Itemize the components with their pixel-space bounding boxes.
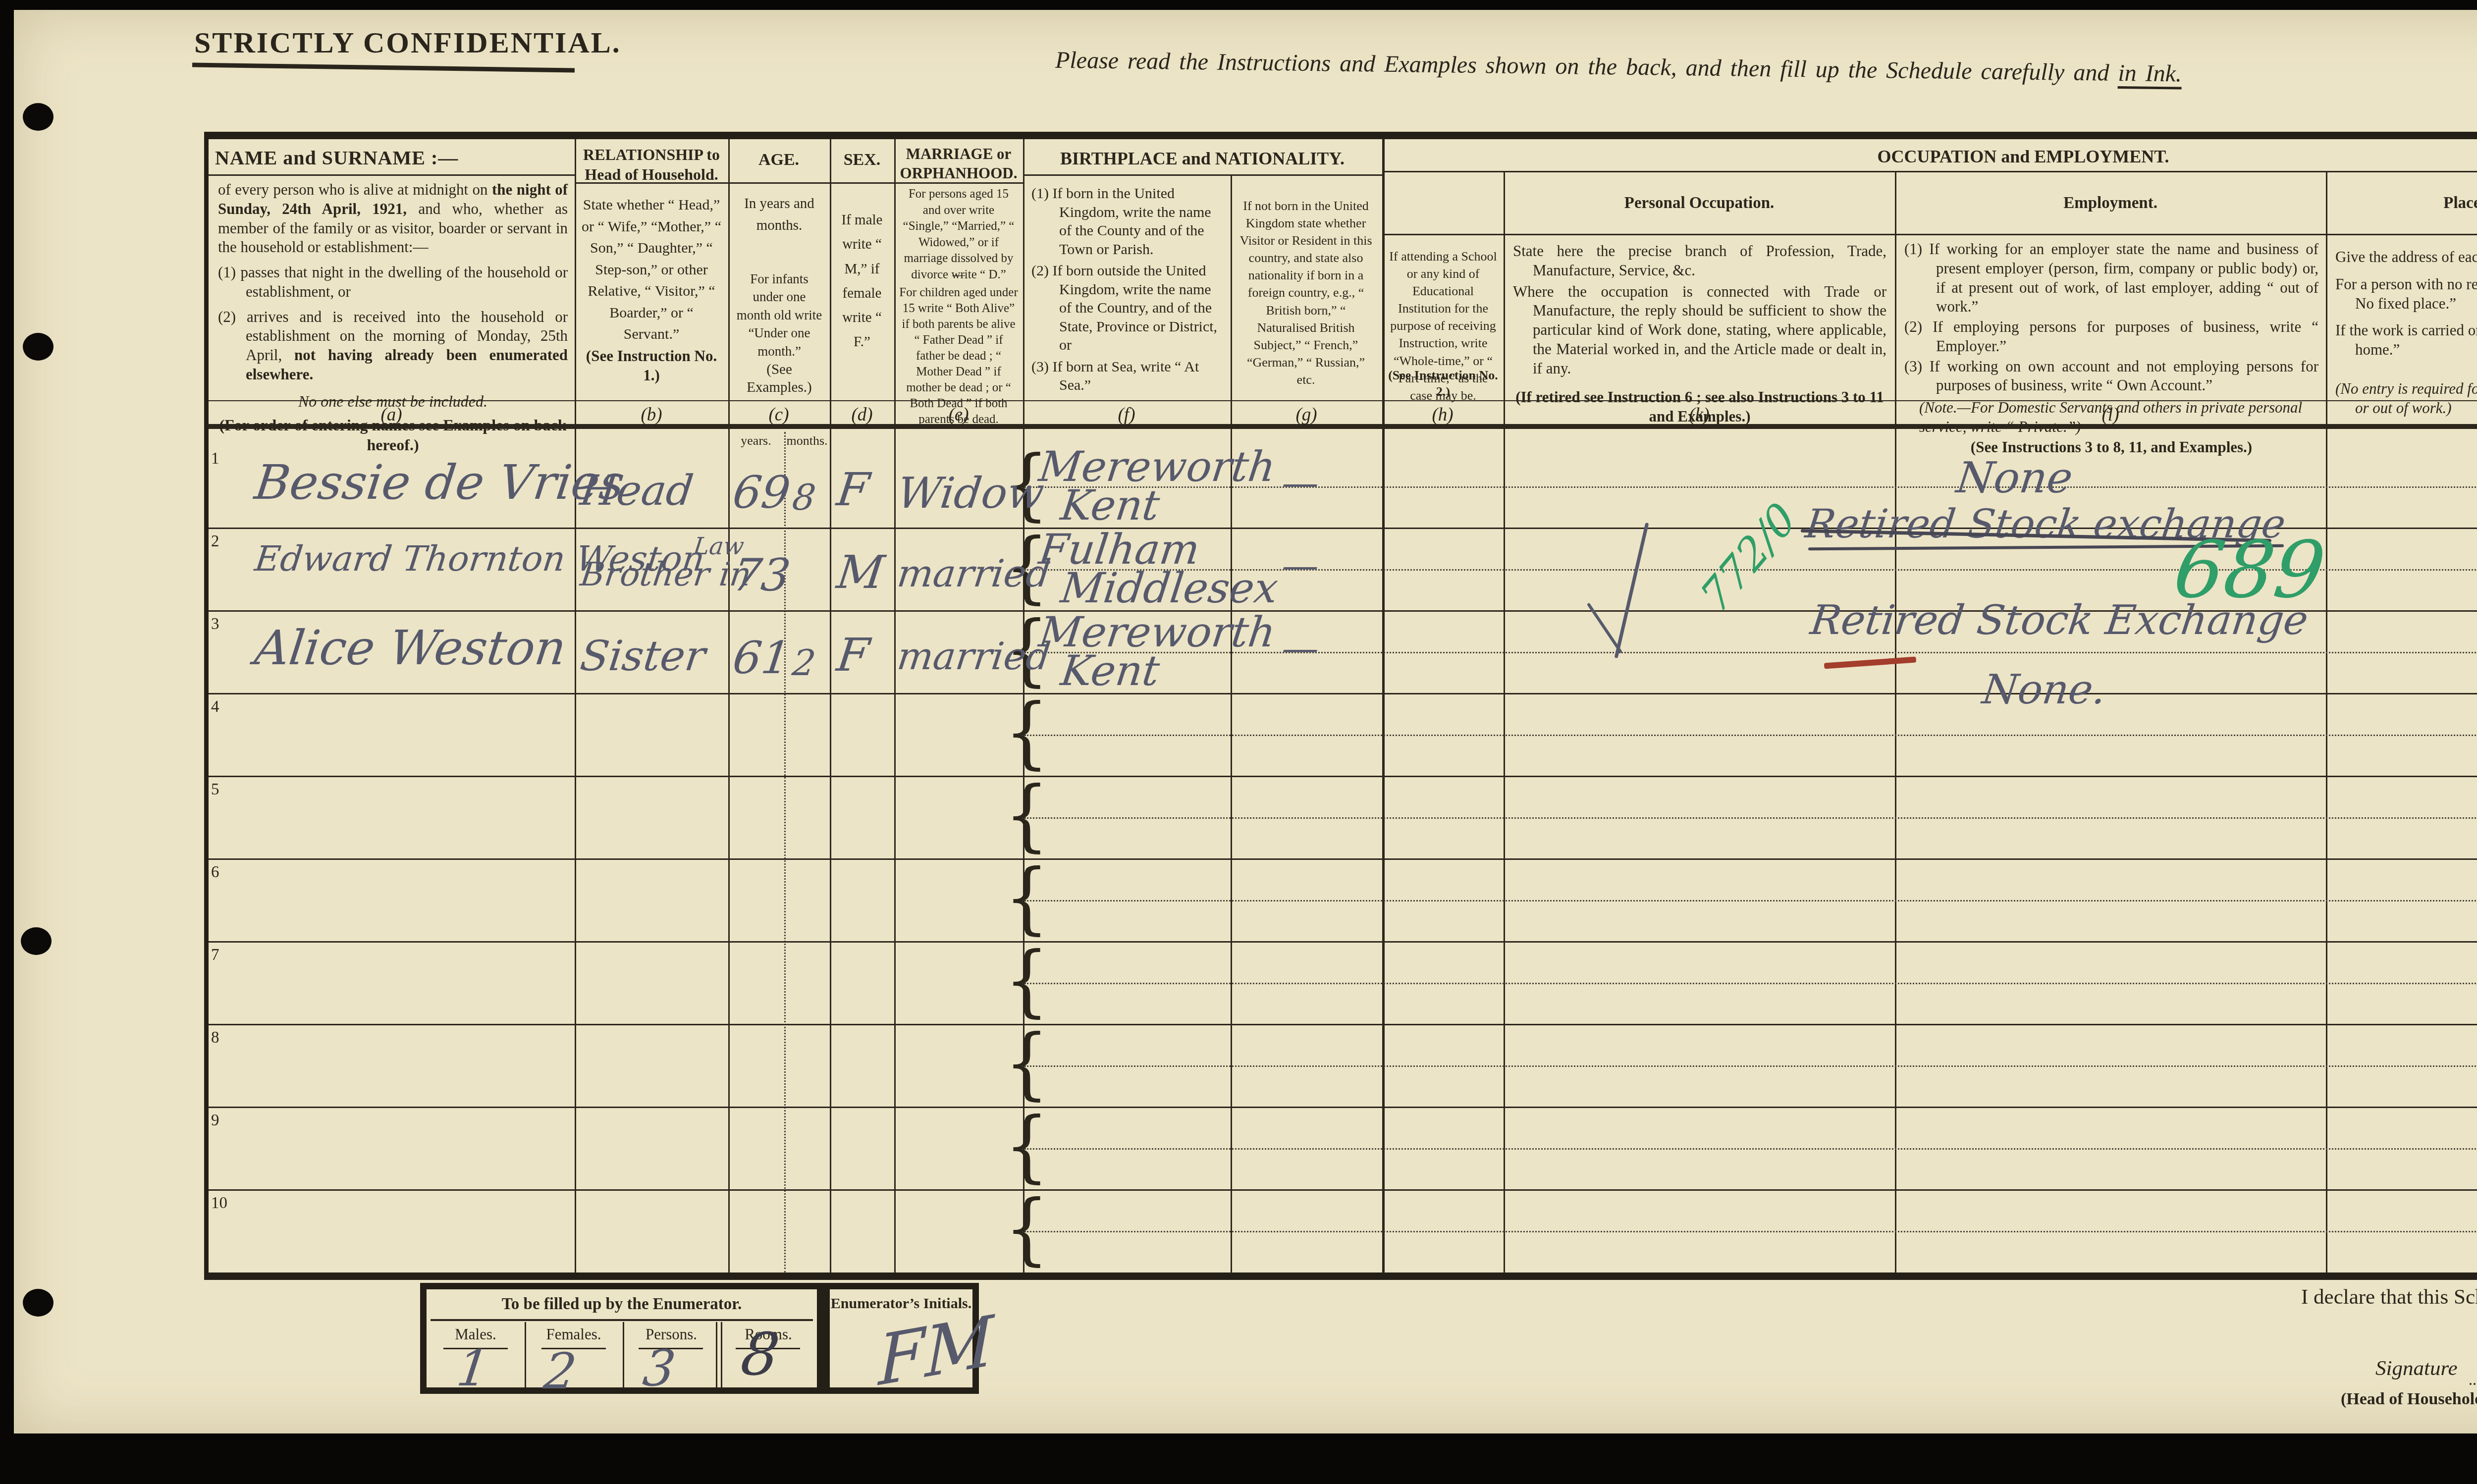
row-separator — [208, 1189, 2477, 1191]
age-months-sublabel: months. — [767, 433, 847, 449]
col-b-desc: State whether “ Head,” or “ Wife,” “Moth… — [582, 194, 721, 345]
row-separator — [208, 941, 2477, 943]
entry-age-years: 61 — [730, 636, 793, 681]
birthplace-brace: { — [1005, 694, 1049, 772]
row-separator — [208, 1107, 2477, 1108]
females-value: 2 — [541, 1347, 579, 1396]
birthplace-brace: { — [1005, 1025, 1049, 1103]
col-c-desc1: In years and months. — [734, 193, 824, 236]
col-c-letter: (c) — [749, 404, 808, 425]
row-number: 1 — [211, 450, 219, 468]
hole-punch-dot — [21, 927, 52, 955]
entry-marriage: married — [895, 555, 1052, 592]
hole-punch-dot — [23, 103, 54, 131]
entry-sex: M — [834, 550, 886, 595]
row-separator — [208, 776, 2477, 777]
rooms-value: 8 — [738, 1325, 783, 1383]
row-number: 10 — [211, 1194, 227, 1213]
row-number: 6 — [211, 863, 219, 882]
entry-birthplace-line2: Kent — [1059, 650, 1162, 691]
col-a-p1a: of every person who is alive at midnight… — [218, 181, 492, 198]
personal-occupation-header: Personal Occupation. — [1506, 193, 1892, 213]
col-f-item3: (3) If born at Sea, write “ At Sea.” — [1031, 358, 1226, 395]
birthplace-brace: { — [1005, 942, 1049, 1020]
entry-birthplace-line2: Kent — [1059, 484, 1162, 526]
col-g-letter: (g) — [1277, 404, 1336, 425]
row-number: 9 — [211, 1112, 219, 1130]
col-a-item1: (1) passes that night in the dwelling of… — [218, 263, 568, 302]
col-c-desc2: For infants under one month old write “U… — [734, 270, 824, 360]
hole-punch-dot — [23, 1289, 54, 1317]
confidential-heading: STRICTLY CONFIDENTIAL. — [194, 26, 621, 60]
signature-line — [2470, 1383, 2477, 1385]
col-k-d2: Where the occupation is connected with T… — [1513, 282, 1886, 378]
entry-marriage: Widow — [895, 472, 1046, 515]
col-b-title: RELATIONSHIP to Head of Household. — [578, 145, 725, 184]
males-value: 1 — [454, 1344, 492, 1393]
entry-age-years: 69 — [730, 471, 793, 515]
entry-relationship: Head — [578, 470, 696, 511]
birthplace-brace: { — [1005, 859, 1049, 937]
col-d-desc: If male write “ M,” if female write “ F.… — [834, 208, 890, 355]
col-g-desc: If not born in the United Kingdom state … — [1237, 197, 1375, 388]
row-dotted-midline — [1024, 817, 2477, 819]
col-e-title: MARRIAGE or ORPHANHOOD. — [896, 145, 1021, 183]
col-e-dash: — — [899, 267, 1019, 283]
entry-relationship: Sister — [578, 635, 707, 677]
birthplace-section-title: BIRTHPLACE and NATIONALITY. — [1025, 148, 1379, 170]
col-c-title: AGE. — [729, 150, 828, 171]
col-c-note: (See Examples.) — [734, 361, 824, 397]
row-number: 7 — [211, 946, 219, 964]
col-h-letter: (h) — [1413, 404, 1472, 425]
col-l-letter: (l) — [2081, 404, 2140, 425]
enumerator-totals-box: To be filled up by the Enumerator. Males… — [420, 1283, 823, 1394]
place-of-work-header: Place of Work. — [2328, 193, 2477, 213]
females-label: Females. — [525, 1325, 623, 1344]
row-number: 2 — [211, 532, 219, 551]
col-a-letter: (a) — [362, 404, 421, 425]
col-k-d1: State here the precise branch of Profess… — [1513, 242, 1886, 280]
col-h-note: (See Instruction No. 2.) — [1387, 368, 1499, 400]
scanned-census-schedule: STRICTLY CONFIDENTIAL. Please read the I… — [0, 0, 2477, 1484]
col-e-letter: (e) — [929, 404, 988, 425]
col-b-note: (See Instruction No. 1.) — [582, 347, 721, 385]
col-l-item3: (3) If working on own account and not em… — [1904, 357, 2318, 396]
col-m-d3: If the work is carried on mainly at home… — [2335, 321, 2477, 360]
row-dotted-midline — [1024, 983, 2477, 984]
col-m-d2: For a person with no regular place of wo… — [2335, 275, 2477, 314]
row2-employment-entry: Retired Stock Exchange — [1808, 600, 2311, 641]
entry-nationality-dash: — — [1280, 547, 1321, 584]
col-m-desc: Give the address of each person’s place … — [2335, 248, 2477, 418]
signature-label: Signature — [2375, 1355, 2458, 1382]
entry-name: Alice Weston — [252, 624, 569, 672]
row-separator — [208, 1024, 2477, 1025]
employment-header: Employment. — [1897, 193, 2323, 213]
entry-sex: F — [834, 467, 871, 513]
entry-nationality-dash: — — [1280, 465, 1321, 501]
instruction-ink-underlined: in Ink. — [2118, 60, 2182, 90]
col-f-item1: (1) If born in the United Kingdom, write… — [1031, 184, 1226, 259]
hole-punch-dot — [23, 333, 54, 361]
enumerator-box-title: To be filled up by the Enumerator. — [427, 1294, 817, 1315]
row-number: 8 — [211, 1029, 219, 1047]
persons-value: 3 — [641, 1344, 678, 1393]
declaration-text: I declare that this Schedule is correctl… — [2301, 1284, 2477, 1311]
col-a-title: NAME and SURNAME :— — [215, 146, 458, 170]
enumerator-initials-box: Enumerator’s Initials. FM — [823, 1283, 979, 1394]
col-m-note: (No entry is required for any person who… — [2335, 379, 2477, 418]
enumerator-initials-value: FM — [878, 1306, 994, 1396]
row-dotted-midline — [1024, 1065, 2477, 1067]
row-number: 5 — [211, 781, 219, 799]
occupation-section-title: OCCUPATION and EMPLOYMENT. — [1385, 146, 2477, 168]
entry-age-months: 8 — [791, 479, 818, 515]
col-f-item2: (2) If born outside the United Kingdom, … — [1031, 262, 1226, 355]
col-a-item2: (2) arrives and is received into the hou… — [218, 308, 568, 384]
entry-sex: F — [834, 633, 871, 678]
row-dotted-midline — [1024, 1148, 2477, 1150]
col-b-letter: (b) — [622, 404, 681, 425]
birthplace-brace: { — [1005, 1108, 1049, 1185]
entry-nationality-dash: — — [1280, 630, 1321, 667]
row-number: 3 — [211, 615, 219, 634]
row-number: 4 — [211, 698, 219, 716]
row-dotted-midline — [1024, 900, 2477, 901]
birthplace-brace: { — [1005, 777, 1049, 854]
declaration-note: (Head of Household, Manager of Establish… — [2341, 1389, 2477, 1410]
row-separator — [208, 693, 2477, 694]
row-dotted-midline — [1024, 1231, 2477, 1232]
col-m-d1: Give the address of each person’s place … — [2335, 248, 2477, 267]
col-l-item1: (1) If working for an employer state the… — [1904, 240, 2318, 317]
entry-name: Bessie de Vries — [252, 459, 627, 506]
row3-employment-entry: None. — [1980, 670, 2108, 710]
entry-relationship: Brother in — [579, 558, 753, 591]
col-a-item2b: not having already been enumerated elsew… — [246, 346, 568, 383]
col-l-item2: (2) If employing persons for purposes of… — [1904, 318, 2318, 356]
entry-age-years: 73 — [730, 553, 793, 598]
col-d-letter: (d) — [832, 404, 892, 425]
row-dotted-midline — [1024, 735, 2477, 736]
entry-birthplace-line2: Middlesex — [1059, 567, 1281, 609]
col-f-letter: (f) — [1097, 404, 1156, 425]
col-m-letter: (m) — [2465, 404, 2477, 425]
row-separator — [208, 858, 2477, 860]
col-d-title: SEX. — [831, 150, 893, 171]
col-k-desc: State here the precise branch of Profess… — [1513, 242, 1886, 426]
col-f-desc: (1) If born in the United Kingdom, write… — [1031, 184, 1226, 395]
row1-employment-entry: None — [1954, 457, 2075, 499]
col-k-letter: (k) — [1669, 404, 1729, 425]
birthplace-brace: { — [1005, 1190, 1049, 1268]
entry-marriage: married — [895, 637, 1052, 675]
entry-age-months: 2 — [791, 645, 818, 681]
